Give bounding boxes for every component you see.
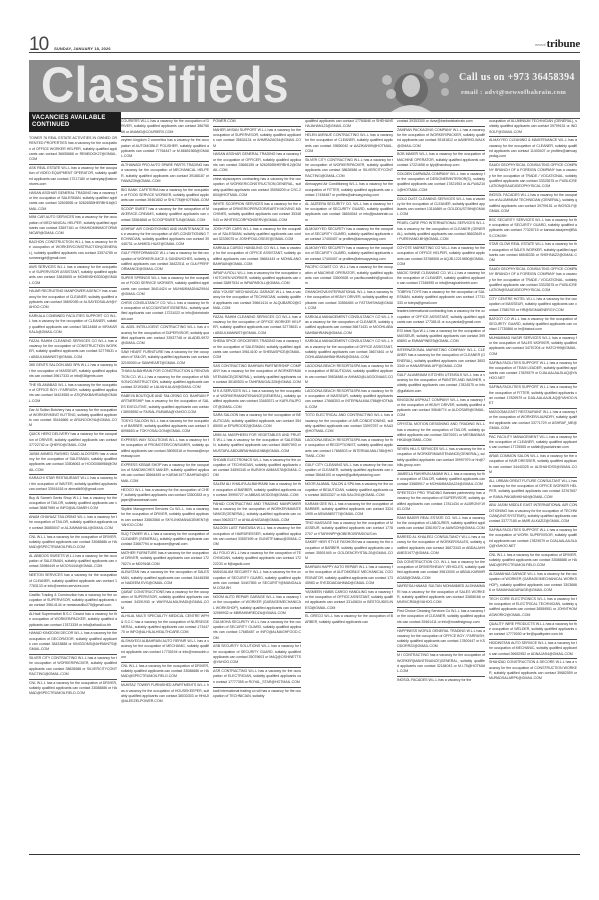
call-us-number: Call us on +973 36458394 xyxy=(459,72,575,83)
classified-ad: occupation of ALUMINIUM TECHNICIAN (GENE… xyxy=(489,118,577,137)
classified-ad: MUMTAZ TOWER FURNISHED APARTMENTS W.L.L … xyxy=(121,682,209,706)
classified-ad: PAC FACILITY MANAGEMENT W.L.L has a vaca… xyxy=(489,434,577,453)
classified-ad: ASK REAL ESTATE W.L.L has a vacancy for … xyxy=(29,165,117,190)
classified-ad: WRAP A ROLL W.L.L has a vacancy for the … xyxy=(213,270,301,289)
classified-ad: HELEN AVENUE CONTRACTING W.L.L has a vac… xyxy=(305,132,393,157)
advertising-email: email : advt@newsofbahrain.com xyxy=(461,89,566,96)
classified-ad: contact 39353300 or dvaz@barbarisbahrain… xyxy=(397,118,485,127)
classified-ad: TOKYO SALOON W.L.L has a vacancy for the… xyxy=(121,418,209,437)
classified-ad: ARAB COMMON SALON W.L.L has a vacancy fo… xyxy=(489,453,577,478)
classified-ad: INOSOL FACADES W.L.L has a vacancy for t… xyxy=(397,677,485,685)
classified-ad: GOLDEN DARWAZA COMPANY W.L.L has a vacan… xyxy=(397,171,485,196)
classified-ad: SEVEN HILLS SERVICES W.L.L has a vacancy… xyxy=(397,446,485,471)
classified-ad: ABU YOUSIF MECHANICAL GARAGE W.L.L has a… xyxy=(213,289,301,314)
classified-ad: INOSOL FACADES W.L.L has a vacancy for t… xyxy=(489,192,577,217)
classified-ad: SAFINA FACILITIES SUPPORT W.L.L has a va… xyxy=(489,360,577,385)
classified-ad: AL ADEL INTELLIGENT CONTRACTING W.L.L ha… xyxy=(121,324,209,349)
classified-ad: HIDDINSTAN AUTO SERVICE W.L.L has a vaca… xyxy=(489,640,577,659)
classified-ad: HASAN ASGHAR GENERAL TRADING has a vacan… xyxy=(213,151,301,176)
classified-ad: GHANGHOVA INTERNATIONAL W.L.L has a vaca… xyxy=(305,289,393,314)
classified-ad: FAZAL RAHIM CLEANING SERVICES CO W.L.L h… xyxy=(213,314,301,339)
classified-ad: UMM AL MASPHEEN FOR VEGETABLES AND FRUIT… xyxy=(213,432,301,457)
classified-ad: NAFEESA HAMAD SULTAN MOHAMMED ALSHAMMARI… xyxy=(397,583,485,608)
classified-ad: ESI Ideal Spa W.L.L has a vacancy for th… xyxy=(397,328,485,347)
classified-ad: M K A SERVICES W.L.L has a vacancy for t… xyxy=(213,388,301,413)
phone-icon xyxy=(439,73,449,83)
classified-ad: BATOOT CO W.L.L has a vacancy for the oc… xyxy=(489,316,577,335)
ad-column-6: occupation of ALUMINIUM TECHNICIAN (GENE… xyxy=(489,118,577,683)
classified-ad: china skyscrapers contracting has a vaca… xyxy=(213,176,301,201)
classified-ad: DIA CONSTRUCTION CO. W.L.L has a vacancy… xyxy=(397,559,485,584)
classified-ad: ANAM GHAYAAZ TAILORING W.L.L has a vacan… xyxy=(29,514,117,533)
classified-ad: GOLD DUST CLEANING SERVICES W.L.L has a … xyxy=(397,196,485,221)
classified-ad: SAS CONTRACTING BAHRAIN PARTNERSHIP COMP… xyxy=(213,363,301,388)
classified-ad: KARAMI GEE W.L.L has a vacancy for the o… xyxy=(305,501,393,520)
classified-ad: AL JAZEERA SECURITY CO. W.L.L has a vaca… xyxy=(305,201,393,226)
classified-ad: ALSHAYEGI ALBAHRAIN AUTO REPAIR W.L.L ha… xyxy=(121,638,209,663)
classified-ad: ALMOAYYED SECURITY has a vacancy for the… xyxy=(305,245,393,264)
classified-ad: THANI ALBAHRAIN FOR CONSTRUCTION & RENOV… xyxy=(121,368,209,393)
classified-ad: ZAMRAN PACKAGING COMPANY W.L.L has a vac… xyxy=(397,127,485,152)
classified-ad: TOBRYA TOYS has a vacancy for the occupa… xyxy=(397,289,485,308)
classified-ad: SHEBA SPICE GROCERIES TRADING has a vaca… xyxy=(213,338,301,363)
classified-ad: ASHRAF AIR CONDITIONING AND MAINTENANCE … xyxy=(121,226,209,251)
classified-ad: HASAN ASGHAR GENERAL TRADING has a vacan… xyxy=(29,190,117,215)
classified-ad: JASIM AHMED RASHED SAAD ALDOSERI has a v… xyxy=(29,451,117,476)
logo-prefix: newsof xyxy=(535,42,545,47)
classified-ad: FAZAL RAHIM CLEANING SERVICES CO W.L.L h… xyxy=(29,338,117,363)
classified-ad: COYOTE MARKETING CO W.L.L has a vacancy … xyxy=(397,245,485,270)
classified-ad: HAPPINESS WORLD GENERAL TRADING W.L.L ha… xyxy=(397,628,485,653)
classified-ad: KARKALA COMBINED FACILITIES SUPPORT CO W… xyxy=(29,313,117,338)
classified-ad: ALI FOLIO W.L.L has a vacancy for the oc… xyxy=(213,550,301,569)
newspaper-logo: newsoftribune xyxy=(535,38,580,50)
banner-title: Classifieds xyxy=(41,60,289,112)
page-bottom-rule xyxy=(29,854,580,855)
page-number: 10 xyxy=(29,37,48,53)
classified-ad: SAFINA FACILITIES SUPPORT W.L.L has a va… xyxy=(489,384,577,409)
classified-ad: FAHAD CONTRACTING AND TRADING MANPOWER h… xyxy=(213,501,301,526)
page-date: SUNDAY, JANUARY 18, 2026 xyxy=(54,46,111,51)
classified-ad: GULF ALUMINIUM KITCHEN UTENSILS W.L.L ha… xyxy=(397,372,485,397)
classified-ad: ASB SECURITY SOLUTIONS W.L.L has a vacan… xyxy=(213,643,301,668)
classified-ad: KARKALA MANAGEMENT CONSULTANCY CO W.L.L … xyxy=(305,314,393,339)
classified-ad: MAHER AHSAN SUPPORT W.L.L has a vacancy … xyxy=(213,127,301,152)
ad-column-3: POWER.COMMAHER AHSAN SUPPORT W.L.L has a… xyxy=(213,118,301,701)
classified-ad: JOSH FOR CARS W.L.L has a vacancy for th… xyxy=(213,226,301,245)
classified-ad: ALMOAYYED SECURITY has a vacancy for the… xyxy=(305,226,393,245)
classified-ad: Almoayyed Air Conditioning W.L.L has a v… xyxy=(305,181,393,200)
classified-ad: MUHAMMAD NASIR SERVICES W.L.L has a vaca… xyxy=(489,335,577,360)
classified-ad: HAJAR RECRUITING MANPOWER AGENCY has a v… xyxy=(29,288,117,313)
classified-ad: Skylink Management Services Co W.L.L. ha… xyxy=(121,506,209,531)
classified-ad: BOB MAKER W.L.L has a vacancy for the oc… xyxy=(397,151,485,170)
classified-ad: NOOR ALAMAL SALON & SPA has a vacancy fo… xyxy=(305,481,393,500)
classified-ad: NEETON SERVICES has a vacancy for the oc… xyxy=(29,572,117,591)
classified-ad: SPEETECH PRO TRADING Bahraini partnershi… xyxy=(397,490,485,515)
classified-ad: STAR GLOW REAL ESTATE W.L.L has a vacanc… xyxy=(489,241,577,266)
classified-ad: KARKALA MANAGEMENT CONSULTANCY CO W.L.L … xyxy=(305,338,393,363)
classified-ad: CITY CENTRE HOTEL W.L.L has a vacancy fo… xyxy=(489,296,577,315)
classified-ad: SAUDI GEOPHYSICAL CONSULTING OFFICE COMP… xyxy=(489,162,577,192)
classified-ad: M I CONTRACTING has a vacancy for the oc… xyxy=(397,652,485,677)
classified-ad: BAHRAIN HAPPY AUTO REPAIR W.L.L has a va… xyxy=(305,564,393,589)
classified-ad: ABU JASIM MIDDLE EAST INTERNATIONAL AIR … xyxy=(489,502,577,527)
classified-ad: LAGOONA BEACH RESORT&SPA has a vacancy f… xyxy=(305,437,393,462)
classified-ad: Buy Al Sameh Gents Shop W.L.L has a vaca… xyxy=(29,495,117,514)
classified-ad: qualified applicants can contact 1778464… xyxy=(305,118,393,132)
classified-ad: kadi international trading co wll has a … xyxy=(213,688,301,701)
classified-ad: MANGALAM SECURITY W.L.L has a vacancy fo… xyxy=(213,569,301,594)
page-header: 10 SUNDAY, JANUARY 18, 2026 xyxy=(29,36,281,53)
classified-ad: zeyben kingdom 2 cosmetics has a vacancy… xyxy=(121,137,209,162)
classified-ad: PEARL CARE PRO INTERNATIONAL SERVICES W.… xyxy=(397,220,485,245)
classified-ad: JAMEELA FAKHRUN AMAMI W.L.L has a vacanc… xyxy=(397,471,485,490)
classified-ad: GULF CITY CLEANING W.L.L has a vacancy f… xyxy=(305,462,393,481)
classified-ad: GULF PERFORMANCE W.L.L has a vacancy for… xyxy=(121,250,209,275)
classified-ad: BSC SECURITY SERVICES W.L.L has a vacanc… xyxy=(489,217,577,242)
classified-ad: SILVER CITY CONTRACTING W.L.L has a vaca… xyxy=(29,655,117,680)
classified-ad: ALL URBAN GREAT FUTURE CONSULTANT W.L.L … xyxy=(489,478,577,503)
classified-ad: WHITE SCORPION SERVICES has a vacancy fo… xyxy=(213,201,301,226)
classified-ad: MAGIC SHINE CLEANING CO. W.L.L has a vac… xyxy=(397,270,485,289)
classified-ad: KARACHI STAR RESTAURANT W.L.L has a vaca… xyxy=(29,475,117,494)
classified-ad: SUPER SPRINGS W.L.L has a vacancy for th… xyxy=(121,275,209,300)
classified-ad: SHAHZAD CONSTRUCTION & DECORE W.L.L has … xyxy=(489,659,577,683)
classified-ad: CNL W.L.L has a vacancy for the occupati… xyxy=(489,552,577,571)
logo-text: tribune xyxy=(547,38,580,50)
classified-ad: BACHON CONSTRUCTION W.L.L has a vacancy … xyxy=(29,239,117,264)
classified-ad: RABEYA BOUTIQUE AND TAILORING CO. BAHRAI… xyxy=(121,393,209,418)
classified-ad: ALTHAWADI PRO AUTO SPARE PARTS TRADING h… xyxy=(121,162,209,187)
classified-ad: SARA SALOON has a vacancy for the occupa… xyxy=(213,412,301,431)
classified-ad: INTERNATIONAL MARKETING COMPANY W.L.L. C… xyxy=(397,347,485,372)
classified-ad: Castillo Trading & Construction has a va… xyxy=(29,592,117,611)
classified-ad: HAMAD KINGDOM DECOR W.L.L has a vacancy … xyxy=(29,630,117,655)
classified-ad: SALEM ALI KHALIFA ALBAHRAINI has a vacan… xyxy=(213,481,301,500)
classified-ad: NOOM AUTO REPAIR GARAGE W.L.L has a vaca… xyxy=(213,594,301,619)
classified-ad: Dar Al Sultan Butchery has a vacancy for… xyxy=(29,407,117,432)
header-rule xyxy=(29,52,580,53)
classified-ad: SAFINA FACILITIES SUPPORT W.L.L has a va… xyxy=(489,527,577,552)
classified-ad: SALOON LAST FANTASIA W.L.L has a vacancy… xyxy=(213,525,301,550)
section-heading: VACANCIES AVAILABLE CONTINUED xyxy=(29,112,121,132)
classified-ad: COURIERS W.L.L has a vacancy for the occ… xyxy=(121,118,209,137)
classified-ad: AWS SERVICES W.L.L has a vacancy for the… xyxy=(29,264,117,289)
classified-ad: SUQ TOWER W.L.L has a vacancy for the oc… xyxy=(121,531,209,550)
classified-ad: THE ISLAMABAD W.L.L has a vacancy for th… xyxy=(29,382,117,407)
classified-ad: leaders international contracting has a … xyxy=(397,308,485,327)
classified-ad: MATHER FURNITURE has a vacancy for the o… xyxy=(121,550,209,569)
classified-ad: ALSAMAHAA GARAGE W.L.L has a vacancy for… xyxy=(489,571,577,596)
classifieds-banner: Classifieds Call us on +973 36458394 ema… xyxy=(29,60,580,112)
classified-ad: TOTO ELECTRICAL AND CONTRACTING W.L.L ha… xyxy=(305,412,393,437)
classified-ad: First Choice Cleaning Services Co W.L.L … xyxy=(397,608,485,627)
classified-ad: CNL W.L.L has a vacancy for the occupati… xyxy=(29,680,117,698)
ad-column-1: TOWER 76 REAL ESTATE ACTIVITIES IN OWNED… xyxy=(29,135,117,698)
ad-column-5: contact 39353300 or dvaz@barbarisbahrain… xyxy=(397,118,485,685)
classified-ad: SAW HEART FURNITURE has a vacancy for th… xyxy=(121,349,209,368)
classified-ad: QUICK HERO DELIVERY has a vacancy for th… xyxy=(29,431,117,450)
classified-ad: HEOCO W.L.L has a vacancy for the occupa… xyxy=(121,487,209,506)
classified-ad: RAMI BADER REAL ESTATE CO. W.L.L has a v… xyxy=(397,515,485,534)
classified-ad: MASOOMA EAST RESTAURANT W.L.L has a vaca… xyxy=(489,409,577,434)
classified-ad: SCOOP SWEET has a vacancy for the occupa… xyxy=(121,206,209,225)
classified-ad: QUALITY WIRE PRODUCTS W.L.L has a vacanc… xyxy=(489,621,577,640)
classified-ad: LAGOONA BEACH RESORT&SPA has a vacancy f… xyxy=(305,363,393,388)
classified-ad: SHOAIB ELECTRONICS W.L.L has a vacancy f… xyxy=(213,457,301,482)
classified-ad: ALMAYYED CLEANING & MAINTENANCE W.L.L ha… xyxy=(489,137,577,162)
classified-ad: EXPRESS WAY SOLUTIONS W.L.L has a vacanc… xyxy=(121,437,209,462)
classified-ad: 365 GENTS SALOON AND SPA W.L.L has a vac… xyxy=(29,362,117,381)
ad-column-4: qualified applicants can contact 1778464… xyxy=(305,118,393,627)
classified-ad: EXPRESS KEBAB SHOP has a vacancy for the… xyxy=(121,462,209,487)
classified-ad: QUBAT CONSTRUCTIONS has a vacancy for th… xyxy=(121,589,209,614)
ad-column-2: COURIERS W.L.L has a vacancy for the occ… xyxy=(121,118,209,706)
classified-ad: TRIO MASSAGE has a vacancy for the occup… xyxy=(305,520,393,539)
classified-ad: EL GRECO W.L.L has a vacancy for the occ… xyxy=(305,613,393,626)
classified-ad: ASR CONTRACTING W.L.L has a vacancy for … xyxy=(213,668,301,687)
classified-ad: MINI CAR AUTO SERVICES has a vacancy for… xyxy=(29,214,117,239)
classified-ad: CHRIS CONSULTANCY CO. W.L.L has a vacanc… xyxy=(121,300,209,325)
woman-on-phone-photo xyxy=(369,60,444,112)
classified-ad: BAREED AL KHALEEJ CONSULTANCY W.L.L has … xyxy=(397,534,485,559)
classified-ad: KARKALA CARGO HANDLING CO W.L.L has a va… xyxy=(213,245,301,270)
classified-ad: SILVER CITY CONTRACTING W.L.L has a vaca… xyxy=(305,157,393,182)
classified-ad: AL ABBOOS SWEETS W.L.L has a vacancy for… xyxy=(29,553,117,572)
classified-ad: ALBUSTAN has a vacancy for the occupatio… xyxy=(121,569,209,588)
email-icon xyxy=(441,88,449,96)
classified-ad: YASMEEN HABIB CARGO HANDLING has a vacan… xyxy=(305,589,393,614)
classified-ad: CRYSTAL MOTION DESIGNING AND TRADING W.L… xyxy=(397,421,485,446)
classified-ad: POWER.COM xyxy=(213,118,301,127)
classified-ad: LAGOONA BEACH RESORT&SPA has a vacancy f… xyxy=(305,388,393,413)
classified-ad: SAUDI GEOPHYSICAL CONSULTING OFFICE COMP… xyxy=(489,266,577,296)
classified-ad: KINGDOM ASPHALT COMPANY W.L.L has a vaca… xyxy=(397,397,485,422)
classified-ad: PACIFIC COAST CO. W.L.L has a vacancy fo… xyxy=(305,264,393,289)
classified-ad: TOWER 76 REAL ESTATE ACTIVITIES IN OWNED… xyxy=(29,135,117,165)
classified-ad: BIG BANK CAFETERIA has a vacancy for the… xyxy=(121,187,209,206)
classified-ad: Al-Hadi Supermarket B.S.C Closed has a v… xyxy=(29,611,117,630)
classified-ad: TECH CORE ELECTRONICS W.L.L has a vacanc… xyxy=(489,596,577,621)
classified-ad: GULMOHA SECURITY W.L.L has a vacancy for… xyxy=(213,619,301,644)
classified-ad: ALHILAL MULTI SPECIALITY MEDICAL CENTRE … xyxy=(121,613,209,638)
classified-ad: SAKIEF HEIR STYLE FASHION has a vacancy … xyxy=(305,539,393,564)
classified-ad: CNL W.L.L has a vacancy for the occupati… xyxy=(29,534,117,553)
classified-ad: CNL W.L.L has a vacancy for the occupati… xyxy=(121,663,209,682)
